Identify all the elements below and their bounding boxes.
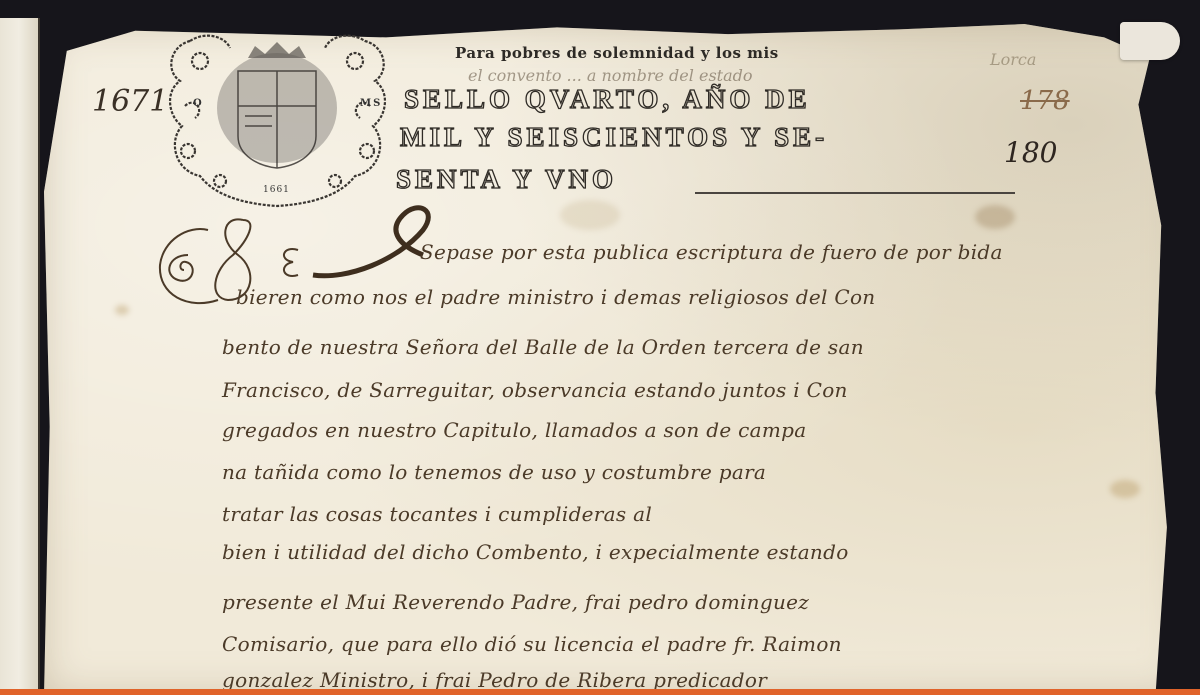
manuscript-line-5: gregados en nuestro Capitulo, llamados a… (222, 418, 806, 442)
stamp-line-3: SENTA Y VNO (396, 164, 617, 195)
printed-header-line: Para pobres de solemnidad y los mis (455, 44, 779, 62)
manuscript-line-9: presente el Mui Reverendo Padre, frai pe… (222, 590, 809, 614)
manuscript-line-3: bento de nuestra Señora del Balle de la … (222, 335, 864, 359)
manuscript-line-10: Comisario, que para ello dió su licencia… (222, 632, 842, 656)
margin-year-number: 1671 (92, 84, 168, 119)
struck-folio-number: 178 (1020, 86, 1070, 116)
stamp-rule-line (695, 192, 1015, 194)
manuscript-line-8: bien i utilidad del dicho Combento, i ex… (222, 540, 849, 564)
folio-number: 180 (1004, 136, 1057, 169)
stamp-line-1: SELLO QVARTO, AÑO DE (404, 84, 811, 115)
seal-year: 1661 (263, 185, 290, 195)
manuscript-line-1: Sepase por esta publica escriptura de fu… (420, 240, 1003, 264)
bottom-accent-bar (0, 689, 1200, 695)
previous-page-edge (0, 18, 40, 695)
document-viewer: O MS 1661 1671 Lorca 178 180 Para pobres… (0, 0, 1200, 695)
paper-stain (975, 205, 1015, 229)
faint-top-annotation: Lorca (990, 50, 1036, 69)
manuscript-line-6: na tañida como lo tenemos de uso y costu… (222, 460, 766, 484)
stamp-line-2: MIL Y SEISCIENTOS Y SE- (400, 122, 828, 153)
faint-handwritten-annotation: el convento ... a nombre del estado (468, 66, 753, 85)
torn-corner (1120, 22, 1180, 60)
paper-stain (115, 305, 129, 315)
seal-mark-left: O (193, 98, 204, 109)
royal-seal-stamp: O MS 1661 (160, 26, 395, 216)
manuscript-line-7: tratar las cosas tocantes i cumplideras … (222, 502, 652, 526)
manuscript-line-4: Francisco, de Sarreguitar, observancia e… (222, 378, 848, 402)
manuscript-line-2: bieren como nos el padre ministro i dema… (236, 285, 875, 309)
seal-mark-right: MS (360, 98, 382, 109)
paper-stain (1110, 480, 1140, 498)
paper-stain (560, 200, 620, 230)
